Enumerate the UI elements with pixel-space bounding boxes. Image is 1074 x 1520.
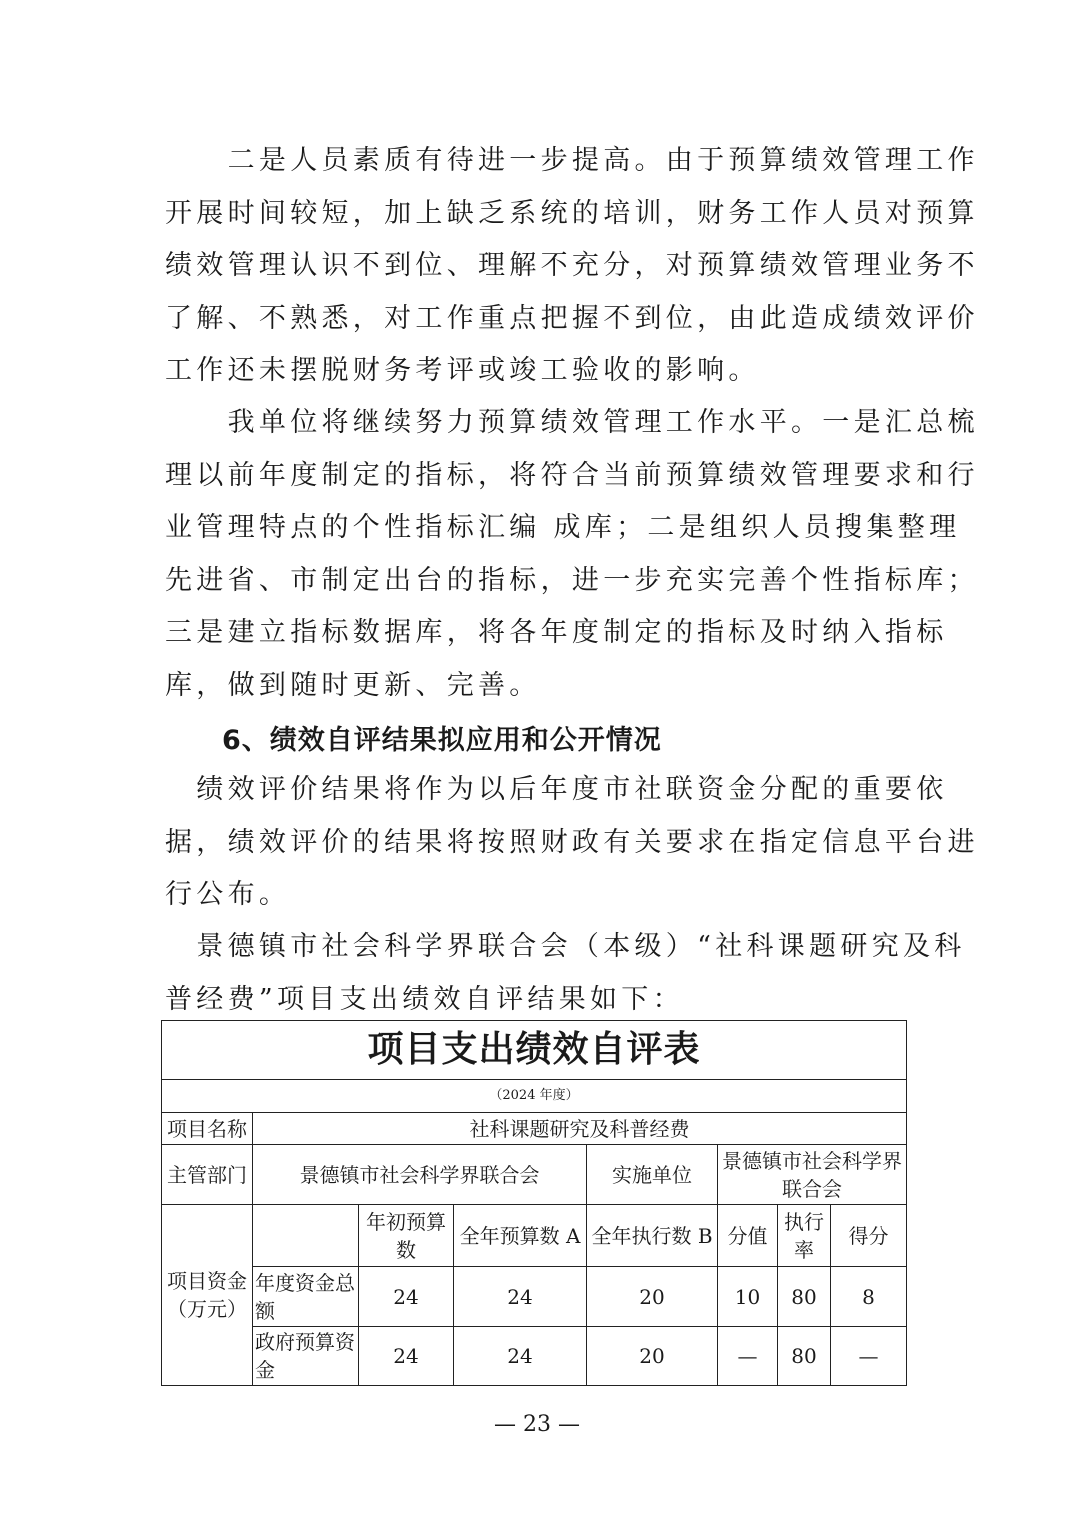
text-line: 普经费”项目支出绩效自评结果如下： xyxy=(165,974,913,1027)
paragraph: 二是人员素质有待进一步提高。由于预算绩效管理工作开展时间较短，加上缺乏系统的培训… xyxy=(165,135,913,398)
header-score: 得分 xyxy=(831,1205,907,1267)
text-line: 理以前年度制定的指标，将符合当前预算绩效管理要求和行 xyxy=(165,450,913,503)
row-label: 年度资金总额 xyxy=(253,1267,359,1327)
text-line: 库，做到随时更新、完善。 xyxy=(165,660,913,713)
cell-initial: 24 xyxy=(359,1267,454,1327)
cell-score-value: 10 xyxy=(718,1267,778,1327)
cell-exec-rate: 80 xyxy=(778,1267,831,1327)
paragraph: 绩效评价结果将作为以后年度市社联资金分配的重要依据，绩效评价的结果将按照财政有关… xyxy=(165,764,913,922)
text-line: 景德镇市社会科学界联合会（本级）“社科课题研究及科 xyxy=(165,921,913,974)
cell-exec-b: 20 xyxy=(587,1327,718,1386)
paragraph: 景德镇市社会科学界联合会（本级）“社科课题研究及科普经费”项目支出绩效自评结果如… xyxy=(165,921,913,1026)
cell-score: 8 xyxy=(831,1267,907,1327)
text-line: 绩效评价结果将作为以后年度市社联资金分配的重要依 xyxy=(165,764,913,817)
header-exec-rate: 执行率 xyxy=(778,1205,831,1267)
section-heading: 6、绩效自评结果拟应用和公开情况 xyxy=(222,718,662,757)
impl-label: 实施单位 xyxy=(587,1145,718,1205)
header-initial-budget: 年初预算数 xyxy=(359,1205,454,1267)
cell-score-value: — xyxy=(718,1327,778,1386)
performance-evaluation-table: 项目支出绩效自评表 （2024 年度） 项目名称 社科课题研究及科普经费 主管部… xyxy=(161,1020,907,1386)
text-line: 工作还未摆脱财务考评或竣工验收的影响。 xyxy=(165,345,913,398)
dept-value: 景德镇市社会科学界联合会 xyxy=(253,1145,587,1205)
table-row: 年度资金总额 24 24 20 10 80 8 xyxy=(162,1267,907,1327)
header-blank xyxy=(253,1205,359,1267)
cell-budget-a: 24 xyxy=(454,1327,587,1386)
header-annual-budget: 全年预算数 A xyxy=(454,1205,587,1267)
project-name-value: 社科课题研究及科普经费 xyxy=(253,1113,907,1145)
header-annual-exec: 全年执行数 B xyxy=(587,1205,718,1267)
cell-budget-a: 24 xyxy=(454,1267,587,1327)
table-row: 政府预算资金 24 24 20 — 80 — xyxy=(162,1327,907,1386)
page-number: — 23 — xyxy=(0,1412,1074,1437)
text-line: 三是建立指标数据库，将各年度制定的指标及时纳入指标 xyxy=(165,607,913,660)
text-line: 了解、不熟悉，对工作重点把握不到位，由此造成绩效评价 xyxy=(165,293,913,346)
text-line: 业管理特点的个性指标汇编 成库；二是组织人员搜集整理 xyxy=(165,502,913,555)
text-line: 开展时间较短，加上缺乏系统的培训，财务工作人员对预算 xyxy=(165,188,913,241)
header-score-value: 分值 xyxy=(718,1205,778,1267)
paragraph: 我单位将继续努力预算绩效管理工作水平。一是汇总梳理以前年度制定的指标，将符合当前… xyxy=(165,397,913,712)
table-title: 项目支出绩效自评表 xyxy=(162,1021,907,1080)
text-line: 据，绩效评价的结果将按照财政有关要求在指定信息平台进 xyxy=(165,817,913,870)
table-year: （2024 年度） xyxy=(162,1080,907,1113)
funds-label: 项目资金（万元） xyxy=(162,1205,253,1386)
impl-value: 景德镇市社会科学界联合会 xyxy=(718,1145,907,1205)
text-line: 先进省、市制定出台的指标，进一步充实完善个性指标库； xyxy=(165,555,913,608)
dept-label: 主管部门 xyxy=(162,1145,253,1205)
text-line: 二是人员素质有待进一步提高。由于预算绩效管理工作 xyxy=(165,135,913,188)
cell-score: — xyxy=(831,1327,907,1386)
text-line: 行公布。 xyxy=(165,869,913,922)
cell-exec-rate: 80 xyxy=(778,1327,831,1386)
project-name-label: 项目名称 xyxy=(162,1113,253,1145)
text-line: 我单位将继续努力预算绩效管理工作水平。一是汇总梳 xyxy=(165,397,913,450)
text-line: 绩效管理认识不到位、理解不充分，对预算绩效管理业务不 xyxy=(165,240,913,293)
cell-exec-b: 20 xyxy=(587,1267,718,1327)
row-label: 政府预算资金 xyxy=(253,1327,359,1386)
cell-initial: 24 xyxy=(359,1327,454,1386)
